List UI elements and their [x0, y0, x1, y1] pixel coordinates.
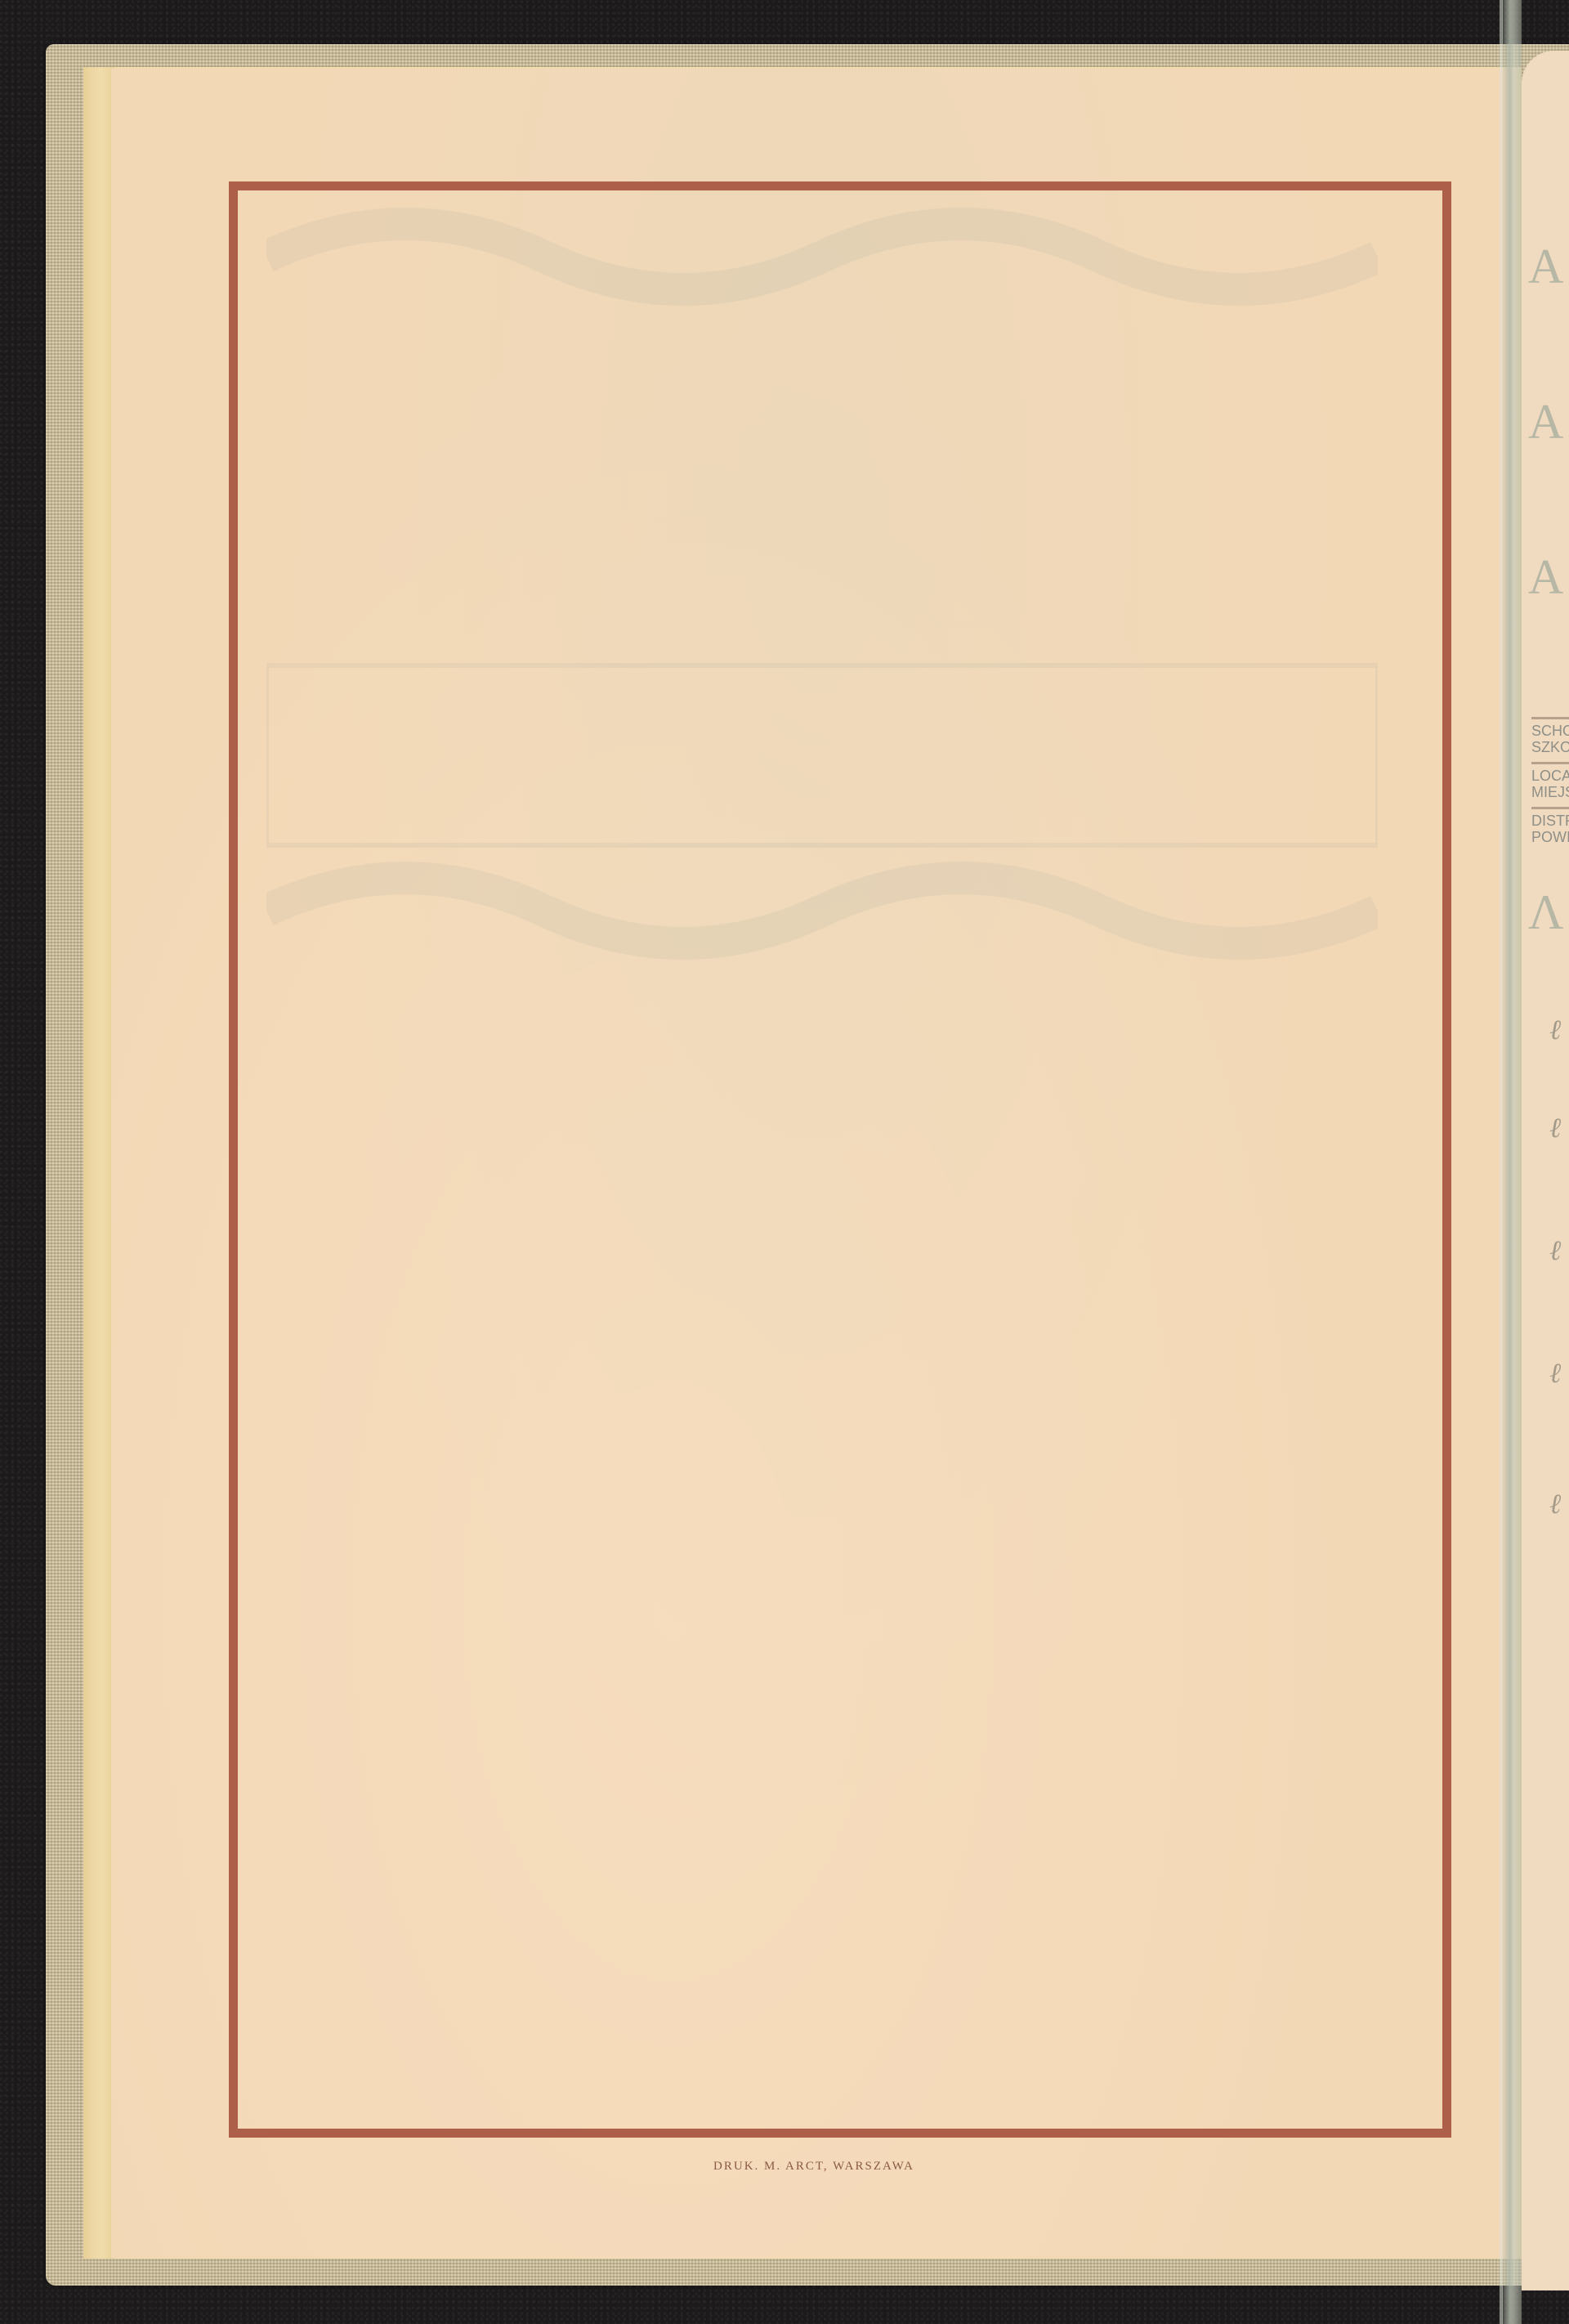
decorative-border-frame: [229, 181, 1451, 2138]
endpaper-page: DRUK. M. ARCT, WARSZAWA: [111, 69, 1517, 2258]
facing-label-district: DISTRI POWIA: [1531, 807, 1569, 845]
glass-plate-edge: [1500, 0, 1503, 2324]
facing-label-school: SCHOO SZKOŁ: [1531, 717, 1569, 755]
ornament-letter: A: [1528, 549, 1563, 606]
handwriting-fragment: ℓ: [1549, 1113, 1561, 1144]
handwriting-fragment: ℓ: [1549, 1489, 1561, 1520]
handwriting-fragment: ℓ: [1549, 1359, 1561, 1390]
handwriting-fragment: ℓ: [1549, 1015, 1561, 1046]
handwriting-fragment: ℓ: [1549, 1236, 1561, 1267]
ornament-letter: A: [1528, 394, 1563, 450]
facing-label-locality: LOCAL MIEJSC: [1531, 762, 1569, 800]
printer-imprint: DRUK. M. ARCT, WARSZAWA: [111, 2160, 1517, 2174]
facing-page-fragment: A A A SCHOO SZKOŁ LOCAL MIEJSC DISTRI PO…: [1522, 51, 1569, 2290]
book-gutter: [1502, 0, 1522, 2324]
ornament-letter: A: [1528, 239, 1563, 295]
ornament-letter: Λ: [1528, 884, 1564, 941]
